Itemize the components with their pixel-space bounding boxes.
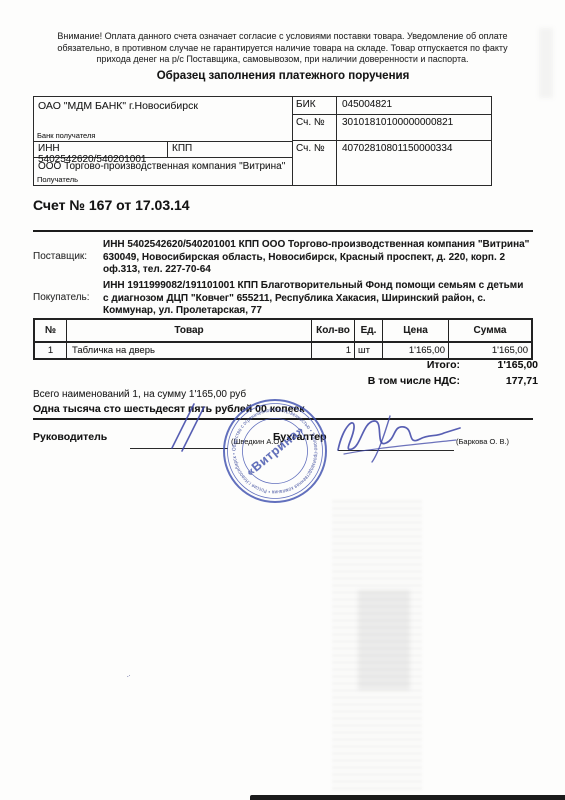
table-row: 1 Табличка на дверь 1 шт 1'165,00 1'165,… [35, 343, 531, 358]
director-signature-ink [160, 398, 210, 454]
items-count-line: Всего наименований 1, на сумму 1'165,00 … [33, 389, 246, 400]
header-sum: Сумма [449, 320, 531, 341]
vat-row: В том числе НДС: 177,71 [280, 375, 538, 387]
corr-account-row: Сч. № 30101810100000000821 [293, 115, 491, 141]
stamp-center-text: «Витрина» [243, 423, 306, 479]
vat-label: В том числе НДС: [368, 375, 460, 387]
row-product: Табличка на дверь [67, 343, 312, 358]
settlement-account-value: 40702810801150000334 [337, 141, 491, 185]
scan-bottom-edge [250, 795, 565, 800]
header-number: № [35, 320, 67, 341]
company-stamp: Общество с ограниченной ответственностью… [221, 397, 329, 505]
payee-name: ООО Торгово-производственная компания "В… [38, 161, 285, 172]
header-price: Цена [383, 320, 449, 341]
inn-cell: ИНН 5402542620/540201001 [34, 142, 168, 157]
total-value: 1'165,00 [460, 359, 538, 371]
bik-label: БИК [293, 97, 337, 114]
header-product: Товар [67, 320, 312, 341]
payment-warning-text: Внимание! Оплата данного счета означает … [38, 31, 527, 66]
buyer-label: Покупатель: [33, 292, 90, 303]
settlement-account-label: Сч. № [293, 141, 337, 185]
row-price: 1'165,00 [383, 343, 449, 358]
total-label: Итого: [427, 359, 460, 371]
total-row: Итого: 1'165,00 [280, 359, 538, 371]
corr-account-value: 30101810100000000821 [337, 115, 491, 140]
totals-block: Итого: 1'165,00 В том числе НДС: 177,71 [280, 359, 538, 391]
bank-recipient-sublabel: Банк получателя [37, 131, 95, 140]
corr-account-label: Сч. № [293, 115, 337, 140]
bik-row: БИК 045004821 [293, 97, 491, 115]
scan-noise-patch [358, 590, 410, 690]
inn-kpp-row: ИНН 5402542620/540201001 КПП [34, 142, 292, 158]
scanned-invoice-page: Внимание! Оплата данного счета означает … [0, 0, 565, 800]
payee-cell: ООО Торгово-производственная компания "В… [34, 158, 292, 185]
supplier-label: Поставщик: [33, 251, 87, 262]
bank-name: ОАО "МДМ БАНК" г.Новосибирск [38, 100, 198, 112]
bank-name-cell: ОАО "МДМ БАНК" г.Новосибирск Банк получа… [34, 97, 292, 142]
director-label: Руководитель [33, 431, 107, 443]
vat-value: 177,71 [460, 375, 538, 387]
ink-speck: .· [127, 674, 133, 679]
row-unit: шт [355, 343, 383, 358]
kpp-cell: КПП [168, 142, 292, 157]
supplier-details: ИНН 5402542620/540201001 КПП ООО Торгово… [103, 239, 535, 277]
accountant-signature-ink [330, 406, 468, 468]
bank-requisites-table: ОАО "МДМ БАНК" г.Новосибирск Банк получа… [33, 96, 492, 186]
invoice-title: Счет № 167 от 17.03.14 [33, 197, 190, 213]
payee-sublabel: Получатель [37, 175, 78, 184]
bank-table-left-column: ОАО "МДМ БАНК" г.Новосибирск Банк получа… [34, 97, 293, 185]
scan-smudge-top-right [539, 28, 553, 98]
settlement-account-row: Сч. № 40702810801150000334 [293, 141, 491, 185]
payment-order-sample-title: Образец заполнения платежного поручения [33, 70, 533, 82]
buyer-details: ИНН 1911999082/191101001 КПП Благотворит… [103, 280, 535, 318]
items-table: № Товар Кол-во Ед. Цена Сумма 1 Табличка… [33, 318, 533, 360]
row-number: 1 [35, 343, 67, 358]
header-unit: Ед. [355, 320, 383, 341]
header-quantity: Кол-во [312, 320, 355, 341]
row-quantity: 1 [312, 343, 355, 358]
items-table-header: № Товар Кол-во Ед. Цена Сумма [35, 320, 531, 343]
bank-table-right-column: БИК 045004821 Сч. № 30101810100000000821… [293, 97, 491, 185]
row-sum: 1'165,00 [449, 343, 531, 358]
bik-value: 045004821 [337, 97, 491, 114]
top-divider-line [33, 230, 533, 232]
